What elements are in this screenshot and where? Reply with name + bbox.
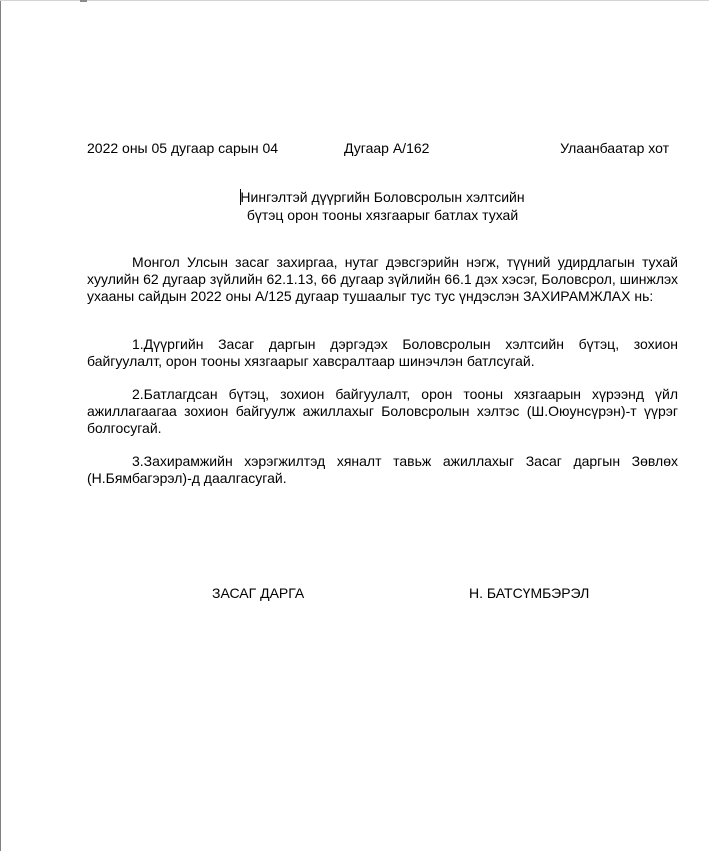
signatory-name: Н. БАТСҮМБЭРЭЛ — [469, 585, 589, 602]
preamble-paragraph: Монгол Улсын засаг захиргаа, нутаг дэвсг… — [87, 254, 678, 305]
clause-2-paragraph: 2.Батлагдсан бүтэц, зохион байгуулалт, о… — [87, 386, 678, 437]
clause-1-paragraph: 1.Дүүргийн Засаг даргын дэргэдэх Боловср… — [87, 336, 678, 370]
margin-marker[interactable] — [80, 0, 87, 2]
title-line-1: Нингэлтэй дүүргийн Боловсролын хэлтсийн — [87, 188, 678, 206]
signature-block: ЗАСАГ ДАРГА Н. БАТСҮМБЭРЭЛ — [87, 585, 678, 602]
page-left-edge — [0, 1, 1, 851]
title-line-1-text: Нингэлтэй дүүргийн Боловсролын хэлтсийн — [240, 189, 524, 205]
document-place: Улаанбаатар хот — [560, 140, 669, 157]
signatory-role: ЗАСАГ ДАРГА — [212, 585, 304, 602]
document-number: Дугаар А/162 — [344, 140, 429, 157]
clause-3-paragraph: 3.Захирамжийн хэрэгжилтэд хяналт тавьж а… — [87, 453, 678, 487]
ruler-top-edge — [0, 0, 709, 1]
document-title: Нингэлтэй дүүргийн Боловсролын хэлтсийн … — [87, 188, 678, 224]
document-header: 2022 оны 05 дугаар сарын 04 Дугаар А/162… — [87, 140, 678, 157]
document-date: 2022 оны 05 дугаар сарын 04 — [87, 140, 278, 157]
title-line-2: бүтэц орон тооны хязгаарыг батлах тухай — [87, 206, 678, 224]
